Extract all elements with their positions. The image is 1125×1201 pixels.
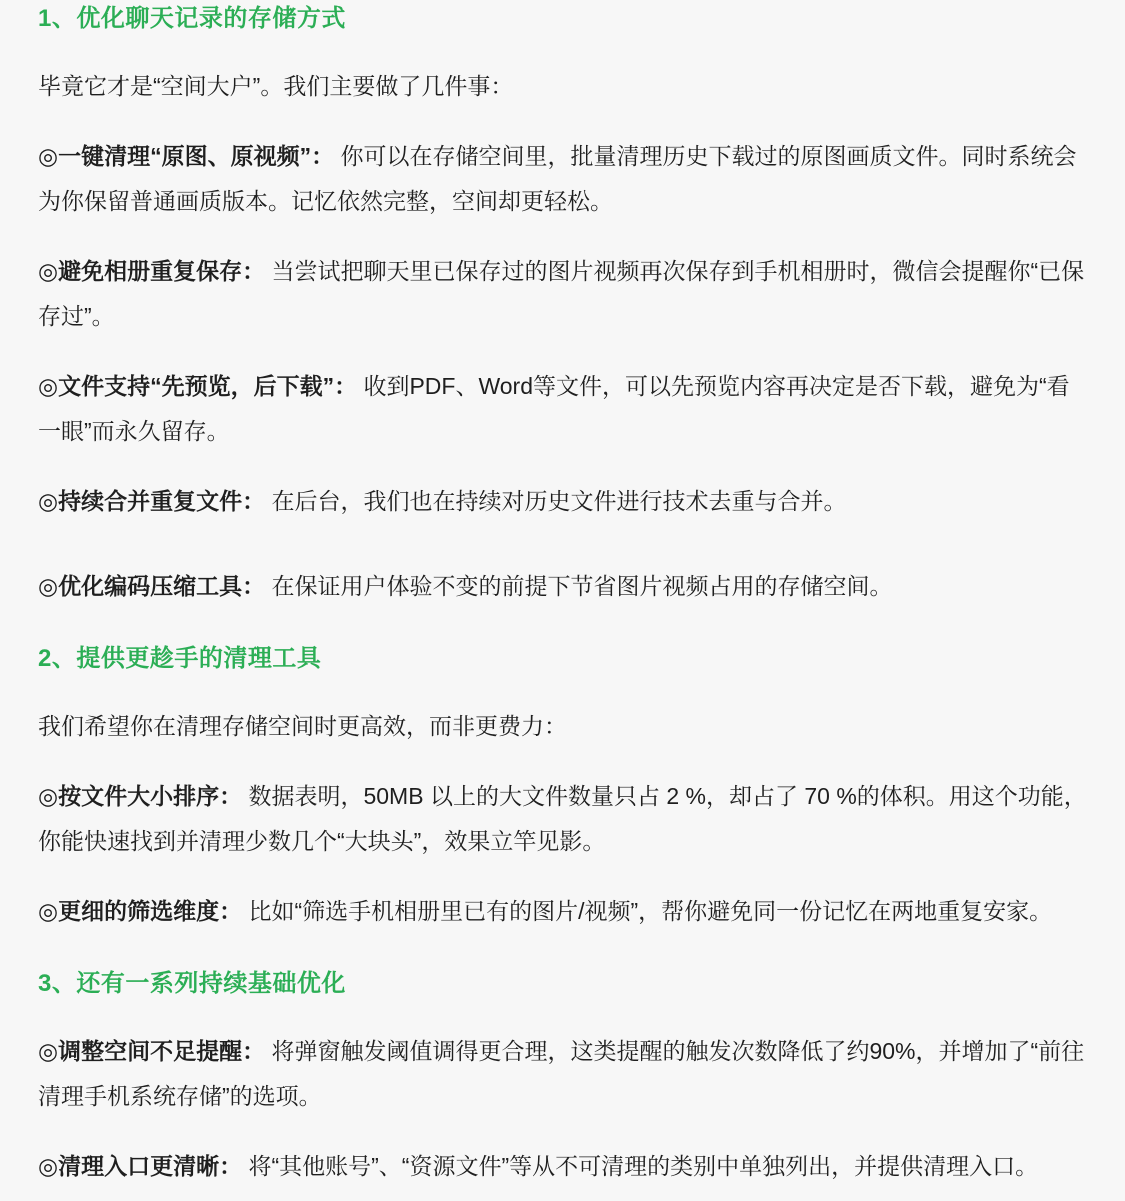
- bullet-lead: ◎清理入口更清晰：: [38, 1153, 242, 1179]
- bullet-item: ◎优化编码压缩工具： 在保证用户体验不变的前提下节省图片视频占用的存储空间。: [38, 564, 1087, 609]
- bullet-lead: ◎优化编码压缩工具：: [38, 573, 265, 599]
- bullet-lead: ◎一键清理“原图、原视频”：: [38, 143, 334, 169]
- bullet-text: 在保证用户体验不变的前提下节省图片视频占用的存储空间。: [265, 573, 892, 599]
- bullet-lead: ◎避免相册重复保存：: [38, 258, 265, 284]
- bullet-lead: ◎调整空间不足提醒：: [38, 1038, 265, 1064]
- bullet-item: ◎调整空间不足提醒： 将弹窗触发阈值调得更合理，这类提醒的触发次数降低了约90%…: [38, 1029, 1087, 1119]
- bullet-item: ◎文件支持“先预览，后下载”： 收到PDF、Word等文件，可以先预览内容再决定…: [38, 364, 1087, 454]
- article-body: 1、优化聊天记录的存储方式 毕竟它才是“空间大户”。我们主要做了几件事： ◎一键…: [0, 0, 1125, 1195]
- bullet-text: 在后台，我们也在持续对历史文件进行技术去重与合并。: [265, 488, 846, 514]
- bullet-item: ◎按文件大小排序： 数据表明，50MB 以上的大文件数量只占 2 %，却占了 7…: [38, 774, 1087, 864]
- section-2-intro: 我们希望你在清理存储空间时更高效，而非更费力：: [38, 704, 1087, 749]
- bullet-item: ◎持续合并重复文件： 在后台，我们也在持续对历史文件进行技术去重与合并。: [38, 479, 1087, 524]
- bullet-lead: ◎文件支持“先预览，后下载”：: [38, 373, 357, 399]
- bullet-text: 将“其他账号”、“资源文件”等从不可清理的类别中单独列出，并提供清理入口。: [242, 1153, 1038, 1179]
- section-3-heading: 3、还有一系列持续基础优化: [38, 967, 1087, 1001]
- section-1-intro: 毕竟它才是“空间大户”。我们主要做了几件事：: [38, 64, 1087, 109]
- bullet-lead: ◎持续合并重复文件：: [38, 488, 265, 514]
- bullet-item: ◎避免相册重复保存： 当尝试把聊天里已保存过的图片视频再次保存到手机相册时，微信…: [38, 249, 1087, 339]
- section-1-heading: 1、优化聊天记录的存储方式: [38, 2, 1087, 36]
- bullet-item: ◎更细的筛选维度： 比如“筛选手机相册里已有的图片/视频”，帮你避免同一份记忆在…: [38, 889, 1087, 934]
- bullet-lead: ◎按文件大小排序：: [38, 783, 242, 809]
- bullet-item: ◎清理入口更清晰： 将“其他账号”、“资源文件”等从不可清理的类别中单独列出，并…: [38, 1144, 1087, 1189]
- section-2-heading: 2、提供更趁手的清理工具: [38, 642, 1087, 676]
- bullet-item: ◎一键清理“原图、原视频”： 你可以在存储空间里，批量清理历史下载过的原图画质文…: [38, 134, 1087, 224]
- bullet-text: 比如“筛选手机相册里已有的图片/视频”，帮你避免同一份记忆在两地重复安家。: [242, 898, 1052, 924]
- bullet-lead: ◎更细的筛选维度：: [38, 898, 242, 924]
